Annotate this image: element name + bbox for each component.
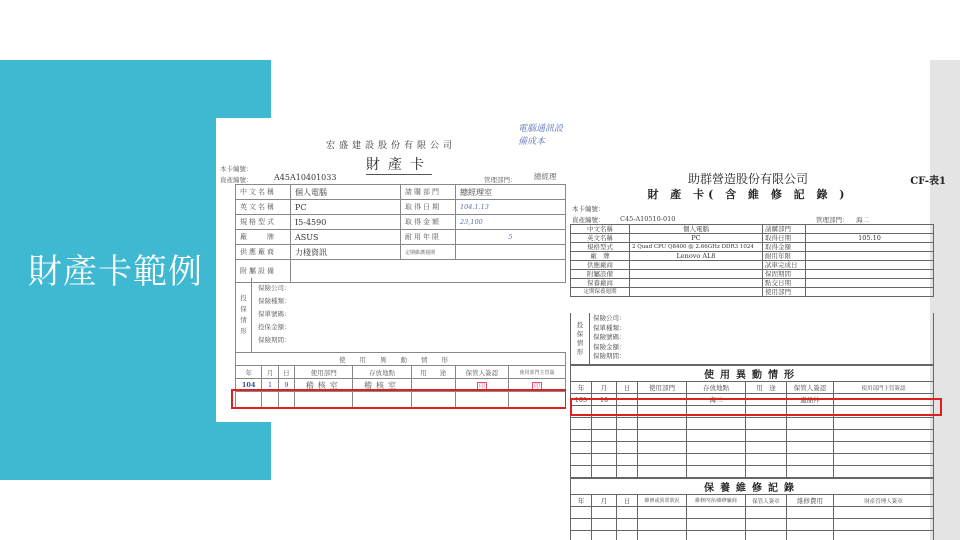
insurance-line: 保險號碼： <box>593 333 626 343</box>
column-header: 使用部門主管簽認 <box>834 382 934 394</box>
cell <box>746 418 787 430</box>
dept-value: 海二 <box>856 215 869 224</box>
card-no-label: 本卡編號： <box>572 204 605 213</box>
cell <box>617 531 638 540</box>
field-label: 定期保養週期 <box>571 288 630 297</box>
field-label: 保固期間 <box>763 270 806 279</box>
cell <box>687 442 746 454</box>
cell <box>571 507 592 519</box>
table-row: 規格型式2 Quad CPU Q8400 @ 2.66GHz DDR3 1024… <box>571 243 934 252</box>
cell <box>834 430 934 442</box>
usage-table: 使用異動情形 年 月 日 使用部門 存放地點 用 途 保管人簽認 使用部門主管簽… <box>570 365 934 478</box>
field-value: Lenovo AL8 <box>630 252 763 261</box>
table-row: 保養廠商點交日期 <box>571 279 934 288</box>
cell <box>592 430 617 442</box>
field-value <box>630 270 763 279</box>
cell <box>571 442 592 454</box>
field-label: 供應廠商 <box>236 245 291 260</box>
field-label: 附屬設備 <box>571 270 630 279</box>
side-char: 形 <box>240 326 247 337</box>
cell <box>638 531 687 540</box>
cell <box>571 454 592 466</box>
card-title: 財 產 卡( 含 維 修 記 錄 ) <box>566 186 930 202</box>
card-no-label: 本卡編號： <box>220 164 253 173</box>
side-char: 保 <box>577 330 584 339</box>
field-label: 規格型式 <box>571 243 630 252</box>
insurance-line: 保險公司： <box>258 282 291 295</box>
field-value <box>806 243 934 252</box>
cell <box>834 442 934 454</box>
highlight-box <box>231 389 567 409</box>
company-name: 助群營造股份有限公司 <box>566 170 930 187</box>
dept-label: 管理部門： <box>816 215 849 224</box>
insurance-line: 保險期間： <box>258 334 291 347</box>
cell <box>617 454 638 466</box>
column-header: 保管人簽認 <box>455 366 508 379</box>
field-label: 試車完成日 <box>763 261 806 270</box>
cell <box>617 507 638 519</box>
column-header: 日 <box>617 382 638 394</box>
card-title: 財產卡 <box>366 154 432 175</box>
cell <box>834 531 934 540</box>
cell <box>571 531 592 540</box>
column-header: 年 <box>236 366 262 379</box>
cell <box>592 418 617 430</box>
column-header: 年 <box>571 382 592 394</box>
cell <box>638 454 687 466</box>
asset-no-label: 資產編號： <box>572 215 605 224</box>
column-header: 年 <box>571 495 592 507</box>
field-label: 中文名稱 <box>571 225 630 234</box>
field-label: 廠 牌 <box>571 252 630 261</box>
cell <box>687 507 746 519</box>
column-header: 使用部門 <box>295 366 353 379</box>
slide-title: 財產卡範例 <box>28 244 203 293</box>
asset-info-table: 中文名稱 個人電腦 請購部門 總經理室 英文名稱 PC 取得日期 104.1.1… <box>235 184 566 283</box>
table-row <box>571 418 934 430</box>
cell <box>571 418 592 430</box>
cell <box>687 466 746 478</box>
field-value <box>630 279 763 288</box>
cell <box>687 519 746 531</box>
field-label: 耐用年限 <box>401 230 456 245</box>
table-row: 附屬設備保固期間 <box>571 270 934 279</box>
cell <box>787 442 834 454</box>
usage-title: 使用異動情形 <box>571 366 934 382</box>
cell <box>617 442 638 454</box>
cell <box>638 442 687 454</box>
property-card-1: 電腦通訊設備成本 宏盛建設股份有限公司 財產卡 本卡編號： 資產編號： A45A… <box>216 118 566 422</box>
column-header: 使用部門主管簽 <box>509 366 566 379</box>
cell <box>746 442 787 454</box>
table-row: 中文名稱 個人電腦 請購部門 總經理室 <box>236 185 566 200</box>
table-row <box>571 519 934 531</box>
cell <box>592 442 617 454</box>
table-row <box>571 531 934 540</box>
field-value <box>806 270 934 279</box>
column-header: 用 途 <box>746 382 787 394</box>
column-header: 保管人簽認 <box>787 382 834 394</box>
cell <box>787 418 834 430</box>
table-row <box>571 466 934 478</box>
table-header: 年 月 日 使用部門 存放地點 用 途 保管人簽認 使用部門主管簽認 <box>571 382 934 394</box>
side-char: 情 <box>577 339 584 348</box>
cell <box>571 430 592 442</box>
field-value <box>630 288 763 297</box>
cell <box>638 466 687 478</box>
cell <box>571 466 592 478</box>
cell <box>746 507 787 519</box>
table-row <box>571 454 934 466</box>
field-value: ASUS <box>291 230 401 245</box>
column-header: 保管人簽章 <box>746 495 787 507</box>
cell <box>787 519 834 531</box>
field-value: 總經理室 <box>456 185 566 200</box>
column-header: 維修內容/維修廠商 <box>687 495 746 507</box>
insurance-section: 投 保 情 形 保險公司： 保單種類： 保險號碼： 保險金額： 保險期間： <box>570 313 934 365</box>
side-char: 投 <box>240 293 247 304</box>
field-label: 規格型式 <box>236 215 291 230</box>
cell <box>746 430 787 442</box>
column-header: 存放地點 <box>353 366 411 379</box>
maintenance-table: 保養維修記錄 年 月 日 維修或異常狀況 維修內容/維修廠商 保管人簽章 維修費… <box>570 478 934 540</box>
insurance-line: 保險種類： <box>258 295 291 308</box>
cell <box>592 519 617 531</box>
column-header: 使用部門 <box>638 382 687 394</box>
cell <box>592 454 617 466</box>
cell <box>787 430 834 442</box>
cell <box>834 519 934 531</box>
cell <box>834 466 934 478</box>
column-header: 日 <box>278 366 294 379</box>
insurance-line: 保險金額： <box>593 343 626 353</box>
field-label: 英文名稱 <box>236 200 291 215</box>
asset-info-table: 中文名稱個人電腦請購部門 英文名稱PC取得日期105.10 規格型式2 Quad… <box>570 224 934 297</box>
table-row: 英文名稱PC取得日期105.10 <box>571 234 934 243</box>
field-value <box>456 245 566 260</box>
side-char: 投 <box>577 321 584 330</box>
cell <box>638 519 687 531</box>
field-label: 取得日期 <box>763 234 806 243</box>
field-value: I5-4590 <box>291 215 401 230</box>
cell <box>571 519 592 531</box>
field-label: 耐用年限 <box>763 252 806 261</box>
column-header: 月 <box>592 382 617 394</box>
dept-value: 總經理 <box>534 171 557 182</box>
insurance-side-label: 投 保 情 形 <box>571 313 590 364</box>
table-row: 定期保養週期使用部門 <box>571 288 934 297</box>
field-value <box>630 261 763 270</box>
field-value <box>806 225 934 234</box>
cell <box>746 454 787 466</box>
field-value: 104.1.13 <box>456 200 566 215</box>
cell <box>834 454 934 466</box>
column-header: 月 <box>592 495 617 507</box>
field-label: 英文名稱 <box>571 234 630 243</box>
cell <box>617 430 638 442</box>
asset-no: C45-A10510-010 <box>620 215 675 223</box>
cell <box>787 466 834 478</box>
cell <box>787 454 834 466</box>
field-value <box>806 279 934 288</box>
cell <box>746 466 787 478</box>
cell <box>687 531 746 540</box>
insurance-line: 投保金額： <box>258 321 291 334</box>
side-char: 形 <box>577 348 584 357</box>
cell <box>746 531 787 540</box>
cell <box>638 507 687 519</box>
field-label: 取得金額 <box>763 243 806 252</box>
field-label: 中文名稱 <box>236 185 291 200</box>
asset-no: A45A10401033 <box>274 173 336 182</box>
field-value <box>806 252 934 261</box>
table-row: 規格型式 I5-4590 取得金額 23,100 <box>236 215 566 230</box>
column-header: 財產管理人簽章 <box>834 495 934 507</box>
column-header: 存放地點 <box>687 382 746 394</box>
field-label: 請購部門 <box>763 225 806 234</box>
column-header: 維修費用 <box>787 495 834 507</box>
insurance-line: 保單種類： <box>593 324 626 334</box>
table-row: 中文名稱個人電腦請購部門 <box>571 225 934 234</box>
cell <box>638 418 687 430</box>
table-row <box>571 507 934 519</box>
insurance-section: 投 保 情 形 保險公司： 保險種類： 保單號碼： 投保金額： 保險期間： <box>235 278 568 353</box>
maintenance-title: 保養維修記錄 <box>571 479 934 495</box>
usage-title: 使用異動情形 <box>236 353 566 366</box>
field-label: 請購部門 <box>401 185 456 200</box>
field-label: 供應廠商 <box>571 261 630 270</box>
table-row: 供應廠商試車完成日 <box>571 261 934 270</box>
property-card-2: 助群營造股份有限公司 財 產 卡( 含 維 修 記 錄 ) CF-表1 本卡編號… <box>566 158 930 540</box>
insurance-line: 保單號碼： <box>258 308 291 321</box>
cell <box>617 519 638 531</box>
cell <box>617 418 638 430</box>
field-label: 點交日期 <box>763 279 806 288</box>
column-header: 用 途 <box>411 366 455 379</box>
cell <box>638 430 687 442</box>
cell <box>592 531 617 540</box>
cell <box>592 466 617 478</box>
field-label: 取得金額 <box>401 215 456 230</box>
dept-label: 管理部門： <box>484 175 517 184</box>
cell <box>834 418 934 430</box>
field-value <box>806 288 934 297</box>
field-value: 105.10 <box>806 234 934 243</box>
field-label: 取得日期 <box>401 200 456 215</box>
insurance-line: 保險期間： <box>593 352 626 362</box>
table-header: 年 月 日 維修或異常狀況 維修內容/維修廠商 保管人簽章 維修費用 財產管理人… <box>571 495 934 507</box>
form-code: CF-表1 <box>910 172 946 187</box>
field-value: PC <box>630 234 763 243</box>
side-char: 保 <box>240 304 247 315</box>
field-value: PC <box>291 200 401 215</box>
column-header: 維修或異常狀況 <box>638 495 687 507</box>
field-label: 保養廠商 <box>571 279 630 288</box>
cell <box>687 418 746 430</box>
insurance-line: 保險公司： <box>593 314 626 324</box>
table-row <box>571 430 934 442</box>
table-row <box>571 442 934 454</box>
cell <box>687 430 746 442</box>
column-header: 月 <box>262 366 278 379</box>
cell <box>617 466 638 478</box>
field-label: 廠 牌 <box>236 230 291 245</box>
table-row: 廠 牌Lenovo AL8耐用年限 <box>571 252 934 261</box>
table-row: 廠 牌 ASUS 耐用年限 5 <box>236 230 566 245</box>
cell <box>787 507 834 519</box>
field-label: 定期維護週期 <box>401 245 456 260</box>
insurance-side-label: 投 保 情 形 <box>236 278 252 352</box>
cell <box>687 454 746 466</box>
field-value: 2 Quad CPU Q8400 @ 2.66GHz DDR3 1024 <box>630 243 763 252</box>
table-row: 英文名稱 PC 取得日期 104.1.13 <box>236 200 566 215</box>
cell <box>746 519 787 531</box>
table-row: 供應廠商 力棧資訊 定期維護週期 <box>236 245 566 260</box>
field-value: 力棧資訊 <box>291 245 401 260</box>
field-value: 5 <box>456 230 566 245</box>
cell <box>787 531 834 540</box>
field-value <box>806 261 934 270</box>
column-header: 日 <box>617 495 638 507</box>
table-header: 年 月 日 使用部門 存放地點 用 途 保管人簽認 使用部門主管簽 <box>236 366 566 379</box>
field-value: 個人電腦 <box>630 225 763 234</box>
side-char: 情 <box>240 315 247 326</box>
field-label: 使用部門 <box>763 288 806 297</box>
field-value: 23,100 <box>456 215 566 230</box>
field-value: 個人電腦 <box>291 185 401 200</box>
highlight-box <box>570 398 942 416</box>
side-panel <box>930 60 960 540</box>
cell <box>834 507 934 519</box>
cell <box>592 507 617 519</box>
asset-no-label: 資產編號： <box>220 175 253 184</box>
company-name: 宏盛建設股份有限公司 <box>216 138 566 151</box>
